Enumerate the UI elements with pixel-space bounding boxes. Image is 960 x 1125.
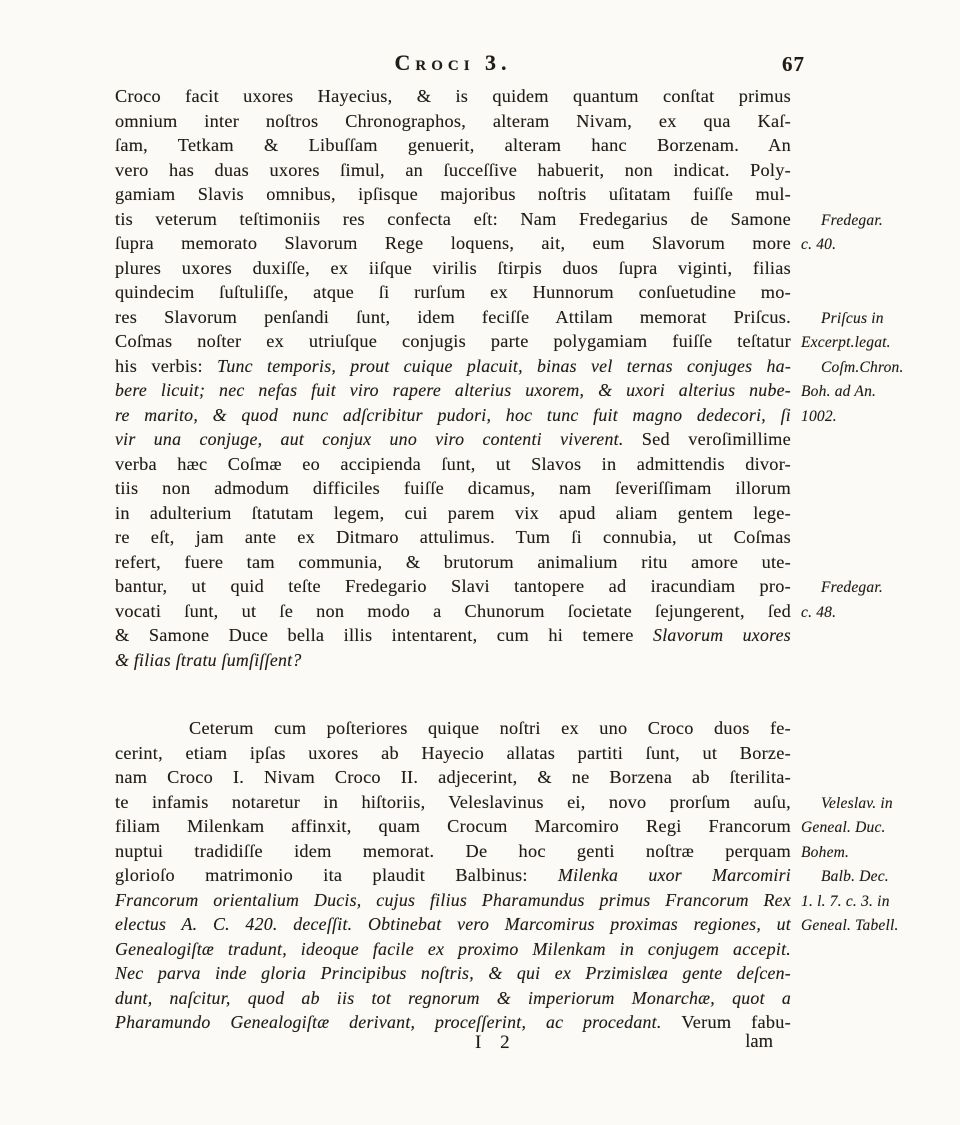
text-line: vocati ſunt, ut ſe non modo a Chunorum ſ…: [115, 599, 791, 624]
line-text-italic: Slavorum uxores: [653, 625, 791, 645]
text-line: refert, fuere tam communia, & brutorum a…: [115, 550, 791, 575]
text-line: te infamis notaretur in hiſtoriis, Veles…: [115, 790, 791, 815]
line-text: plures uxores duxiſſe, ex iiſque virilis…: [115, 258, 791, 278]
margin-note: Fredegar.: [821, 209, 883, 234]
line-text-italic: Pharamundo Genealogiſtæ derivant, proceſ…: [115, 1012, 681, 1032]
line-text: re eſt, jam ante ex Ditmaro attulimus. T…: [115, 527, 791, 547]
text-line: Nec parva inde gloria Principibus noſtri…: [115, 961, 791, 986]
paragraph-2: Ceterum cum poſteriores quique noſtri ex…: [115, 716, 791, 1035]
line-text: ſam, Tetkam & Libuſſam genuerit, alteram…: [115, 135, 791, 155]
margin-note: Fredegar.: [821, 576, 883, 601]
line-text: tis veterum teſtimoniis res confecta eſt…: [115, 209, 791, 229]
text-line: Francorum orientalium Ducis, cujus filiu…: [115, 888, 791, 913]
text-line: vero has duas uxores ſimul, an ſucceſſiv…: [115, 158, 791, 183]
line-text: cerint, etiam ipſas uxores ab Hayecio al…: [115, 743, 791, 763]
line-text-italic: electus A. C. 420. deceſſit. Obtinebat v…: [115, 914, 791, 934]
catchword: lam: [745, 1032, 773, 1053]
text-line: tiis non admodum difficiles fuiſſe dicam…: [115, 476, 791, 501]
text-line: ſam, Tetkam & Libuſſam genuerit, alteram…: [115, 133, 791, 158]
line-text: vero has duas uxores ſimul, an ſucceſſiv…: [115, 160, 791, 180]
margin-note: Bohem.: [801, 841, 849, 866]
text-line: & Samone Duce bella illis intentarent, c…: [115, 623, 791, 648]
line-text-italic: re marito, & quod nunc adſcribitur pudor…: [115, 405, 791, 425]
margin-note: c. 40.: [801, 233, 836, 258]
line-text: Coſmas noſter ex utriuſque conjugis part…: [115, 331, 791, 351]
page-footer: I 2 lam: [115, 1032, 791, 1058]
line-text: tiis non admodum difficiles fuiſſe dicam…: [115, 478, 791, 498]
text-line: plures uxores duxiſſe, ex iiſque virilis…: [115, 256, 791, 281]
text-line: Ceterum cum poſteriores quique noſtri ex…: [115, 716, 791, 741]
line-text: omnium inter noſtros Chronographos, alte…: [115, 111, 791, 131]
line-text-italic: Genealogiſtæ tradunt, ideoque facile ex …: [115, 939, 791, 959]
text-line: cerint, etiam ipſas uxores ab Hayecio al…: [115, 741, 791, 766]
text-line: verba hæc Coſmæ eo accipienda ſunt, ut S…: [115, 452, 791, 477]
margin-note: 1. l. 7. c. 3. in: [801, 890, 890, 915]
line-text: Sed veroſimillime: [642, 429, 791, 449]
paragraph-1: Croco facit uxores Hayecius, & is quidem…: [115, 84, 791, 672]
text-line: res Slavorum penſandi ſunt, idem feciſſe…: [115, 305, 791, 330]
text-line: re eſt, jam ante ex Ditmaro attulimus. T…: [115, 525, 791, 550]
text-line: omnium inter noſtros Chronographos, alte…: [115, 109, 791, 134]
line-text-italic: vir una conjuge, aut conjux uno viro con…: [115, 429, 642, 449]
line-text: Ceterum cum poſteriores quique noſtri ex…: [189, 718, 791, 738]
book-page: Croci 3. 67 Croco facit uxores Hayecius,…: [0, 0, 960, 1125]
line-text: Verum fabu-: [681, 1012, 791, 1032]
line-text-italic: & filias ſtratu ſumſiſſent?: [115, 650, 302, 670]
line-text: Croco facit uxores Hayecius, & is quidem…: [115, 86, 791, 106]
signature-mark: I 2: [475, 1032, 517, 1054]
line-text-italic: bere licuit; nec nefas fuit viro rapere …: [115, 380, 791, 400]
line-text: refert, fuere tam communia, & brutorum a…: [115, 552, 791, 572]
line-text: gamiam Slavis omnibus, ipſisque majoribu…: [115, 184, 791, 204]
line-text: verba hæc Coſmæ eo accipienda ſunt, ut S…: [115, 454, 791, 474]
text-line: Croco facit uxores Hayecius, & is quidem…: [115, 84, 791, 109]
line-text: te infamis notaretur in hiſtoriis, Veles…: [115, 792, 791, 812]
text-line: nuptui tradidiſſe idem memorat. De hoc g…: [115, 839, 791, 864]
page-header: Croci 3. 67: [115, 50, 791, 76]
margin-note: Geneal. Duc.: [801, 816, 886, 841]
margin-note: Priſcus in: [821, 307, 884, 332]
text-line: nam Croco I. Nivam Croco II. adjecerint,…: [115, 765, 791, 790]
margin-note: Boh. ad An.: [801, 380, 876, 405]
line-text-italic: Milenka uxor Marcomiri: [558, 865, 791, 885]
running-title: Croci 3.: [394, 50, 511, 76]
line-text: & Samone Duce bella illis intentarent, c…: [115, 625, 653, 645]
line-text: in adulterium ſtatutam legem, cui parem …: [115, 503, 791, 523]
line-text: res Slavorum penſandi ſunt, idem feciſſe…: [115, 307, 791, 327]
text-line: his verbis: Tunc temporis, prout cuique …: [115, 354, 791, 379]
text-line: & filias ſtratu ſumſiſſent?: [115, 648, 791, 673]
line-text: nuptui tradidiſſe idem memorat. De hoc g…: [115, 841, 791, 861]
text-line: ſupra memorato Slavorum Rege loquens, ai…: [115, 231, 791, 256]
margin-note: Balb. Dec.: [821, 865, 889, 890]
text-line: electus A. C. 420. deceſſit. Obtinebat v…: [115, 912, 791, 937]
line-text: ſupra memorato Slavorum Rege loquens, ai…: [115, 233, 791, 253]
text-line: Pharamundo Genealogiſtæ derivant, proceſ…: [115, 1010, 791, 1035]
margin-note: 1002.: [801, 405, 837, 430]
text-line: vir una conjuge, aut conjux uno viro con…: [115, 427, 791, 452]
margin-note: Coſm.Chron.: [821, 356, 904, 381]
text-line: re marito, & quod nunc adſcribitur pudor…: [115, 403, 791, 428]
line-text-italic: Nec parva inde gloria Principibus noſtri…: [115, 963, 791, 983]
margin-note: c. 48.: [801, 601, 836, 626]
text-line: bere licuit; nec nefas fuit viro rapere …: [115, 378, 791, 403]
line-text: glorioſo matrimonio ita plaudit Balbinus…: [115, 865, 558, 885]
line-text: his verbis:: [115, 356, 217, 376]
text-line: filiam Milenkam affinxit, quam Crocum Ma…: [115, 814, 791, 839]
line-text: nam Croco I. Nivam Croco II. adjecerint,…: [115, 767, 791, 787]
line-text-italic: dunt, naſcitur, quod ab iis tot regnorum…: [115, 988, 791, 1008]
line-text: vocati ſunt, ut ſe non modo a Chunorum ſ…: [115, 601, 791, 621]
text-line: Genealogiſtæ tradunt, ideoque facile ex …: [115, 937, 791, 962]
margin-note: Veleslav. in: [821, 792, 893, 817]
line-text-italic: Francorum orientalium Ducis, cujus filiu…: [115, 890, 791, 910]
text-line: gamiam Slavis omnibus, ipſisque majoribu…: [115, 182, 791, 207]
text-line: in adulterium ſtatutam legem, cui parem …: [115, 501, 791, 526]
line-text: filiam Milenkam affinxit, quam Crocum Ma…: [115, 816, 791, 836]
text-line: bantur, ut quid teſte Fredegario Slavi t…: [115, 574, 791, 599]
margin-note: Excerpt.legat.: [801, 331, 891, 356]
margin-note: Geneal. Tabell.: [801, 914, 899, 939]
line-text: bantur, ut quid teſte Fredegario Slavi t…: [115, 576, 791, 596]
line-text-italic: Tunc temporis, prout cuique placuit, bin…: [217, 356, 791, 376]
text-line: dunt, naſcitur, quod ab iis tot regnorum…: [115, 986, 791, 1011]
line-text: quindecim ſuſtuliſſe, atque ſi rurſum ex…: [115, 282, 791, 302]
text-line: glorioſo matrimonio ita plaudit Balbinus…: [115, 863, 791, 888]
page-number: 67: [782, 52, 805, 77]
text-line: tis veterum teſtimoniis res confecta eſt…: [115, 207, 791, 232]
text-line: quindecim ſuſtuliſſe, atque ſi rurſum ex…: [115, 280, 791, 305]
text-line: Coſmas noſter ex utriuſque conjugis part…: [115, 329, 791, 354]
